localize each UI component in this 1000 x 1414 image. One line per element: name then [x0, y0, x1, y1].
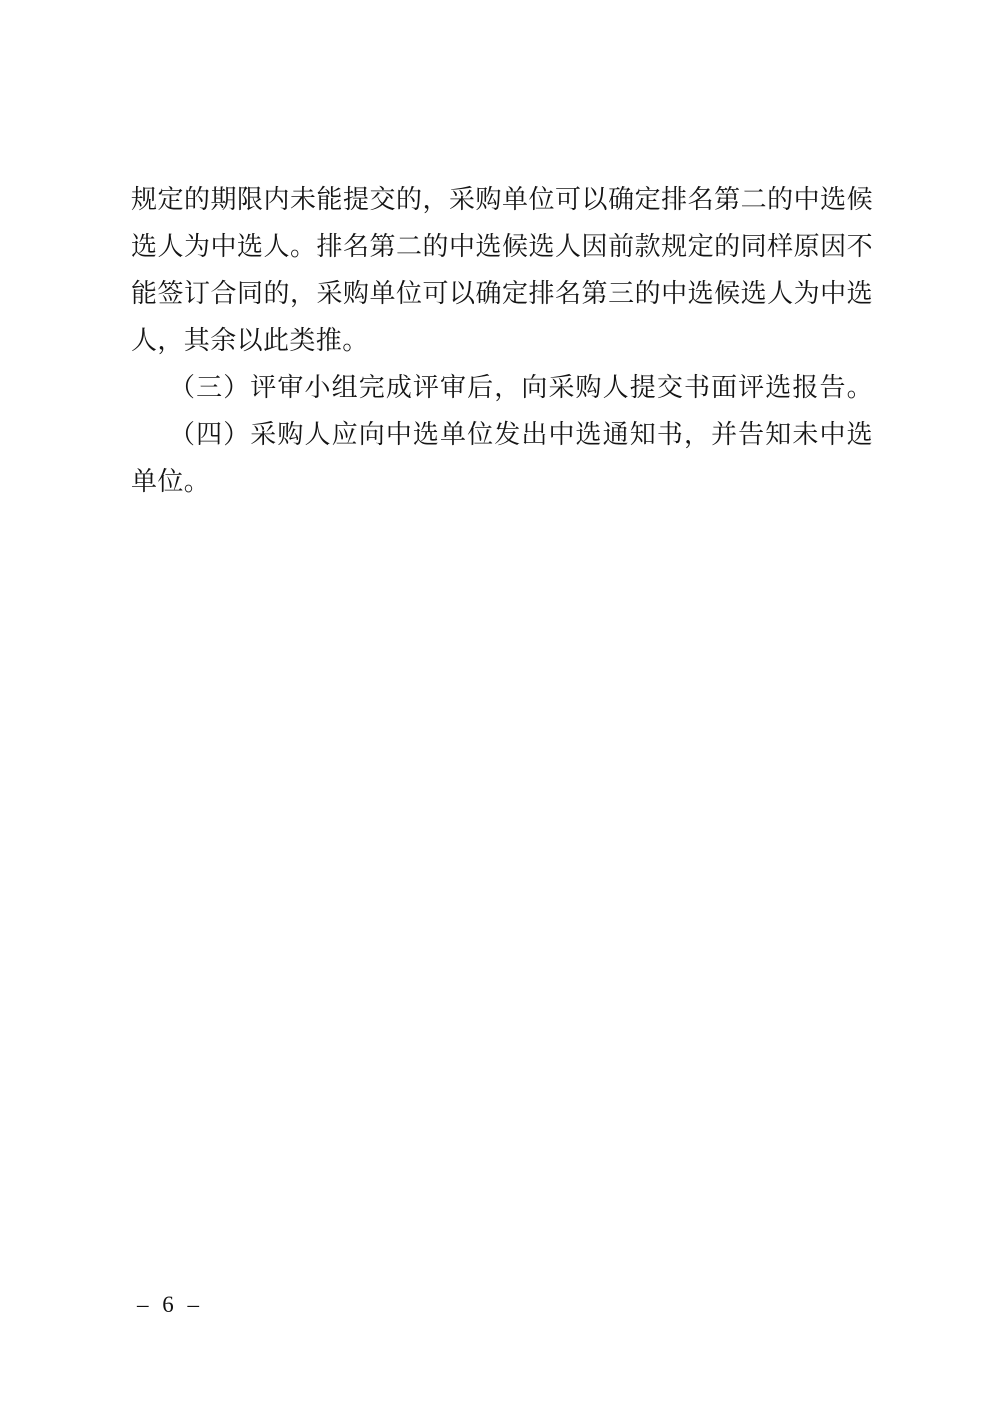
- text-line: 能签订合同的，采购单位可以确定排名第三的中选候选人为中选: [131, 270, 873, 317]
- text-line: 人，其余以此类推。: [131, 317, 873, 364]
- text-line: （四）采购人应向中选单位发出中选通知书，并告知未中选: [131, 411, 873, 458]
- document-page: 规定的期限内未能提交的，采购单位可以确定排名第二的中选候选人为中选人。排名第二的…: [0, 0, 1000, 1414]
- text-line: 选人为中选人。排名第二的中选候选人因前款规定的同样原因不: [131, 223, 873, 270]
- page-number: – 6 –: [137, 1292, 201, 1318]
- body-text: 规定的期限内未能提交的，采购单位可以确定排名第二的中选候选人为中选人。排名第二的…: [131, 176, 873, 505]
- text-line: 规定的期限内未能提交的，采购单位可以确定排名第二的中选候: [131, 176, 873, 223]
- text-line: 单位。: [131, 458, 873, 505]
- text-line: （三）评审小组完成评审后，向采购人提交书面评选报告。: [131, 364, 873, 411]
